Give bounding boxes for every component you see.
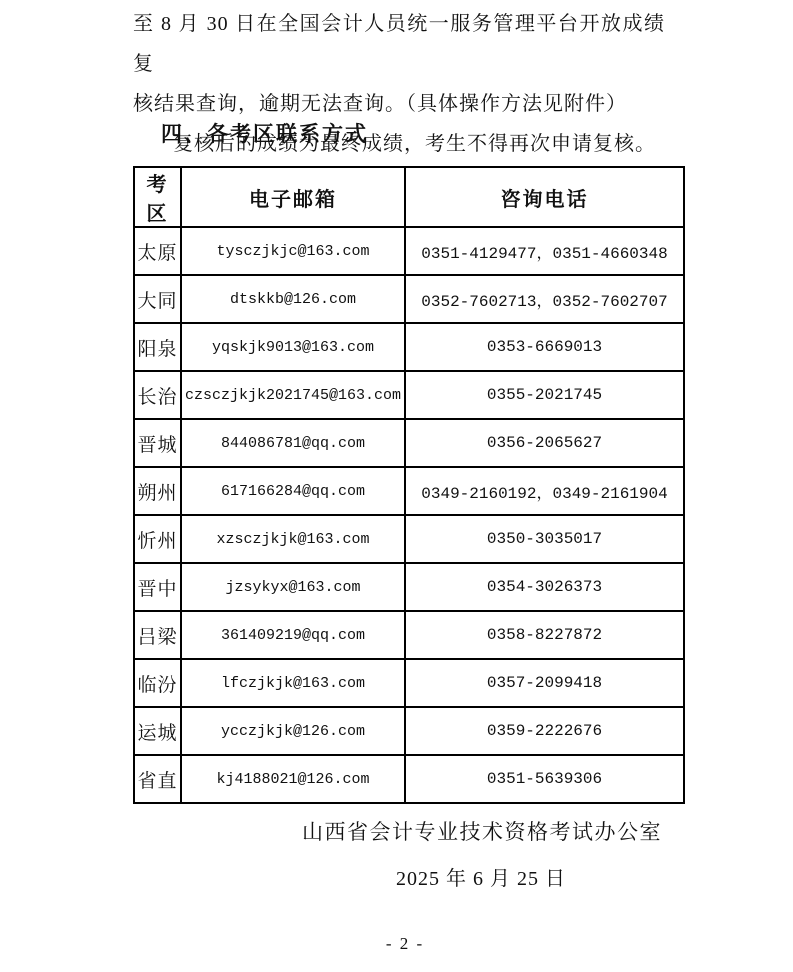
paragraph-line: 至 8 月 30 日在全国会计人员统一服务管理平台开放成绩复 [133,4,665,84]
district-cell: 太原 [134,227,181,275]
phone-cell: 0354-3026373 [405,563,684,611]
page-number: - 2 - [0,934,793,954]
email-cell: lfczjkjk@163.com [181,659,405,707]
phone-cell: 0356-2065627 [405,419,684,467]
email-cell: dtskkb@126.com [181,275,405,323]
email-cell: tysczjkjc@163.com [181,227,405,275]
document-page: 至 8 月 30 日在全国会计人员统一服务管理平台开放成绩复 核结果查询，逾期无… [0,0,793,972]
phone-cell: 0352-7602713，0352-7602707 [405,275,684,323]
phone-cell: 0349-2160192，0349-2161904 [405,467,684,515]
table-row: 晋城844086781@qq.com0356-2065627 [134,419,684,467]
email-cell: ycczjkjk@126.com [181,707,405,755]
table-row: 朔州617166284@qq.com0349-2160192，0349-2161… [134,467,684,515]
table-row: 运城ycczjkjk@126.com0359-2222676 [134,707,684,755]
phone-cell: 0355-2021745 [405,371,684,419]
table-row: 阳泉yqskjk9013@163.com0353-6669013 [134,323,684,371]
table-row: 太原tysczjkjc@163.com0351-4129477，0351-466… [134,227,684,275]
phone-cell: 0358-8227872 [405,611,684,659]
district-cell: 长治 [134,371,181,419]
column-header-district: 考区 [134,167,181,227]
district-cell: 运城 [134,707,181,755]
table-row: 大同dtskkb@126.com0352-7602713，0352-760270… [134,275,684,323]
column-header-email: 电子邮箱 [181,167,405,227]
district-cell: 晋城 [134,419,181,467]
district-cell: 省直 [134,755,181,803]
table-row: 临汾lfczjkjk@163.com0357-2099418 [134,659,684,707]
table-row: 省直kj4188021@126.com0351-5639306 [134,755,684,803]
table-row: 吕梁361409219@qq.com0358-8227872 [134,611,684,659]
email-cell: 361409219@qq.com [181,611,405,659]
district-cell: 大同 [134,275,181,323]
email-cell: 617166284@qq.com [181,467,405,515]
signature-line: 山西省会计专业技术资格考试办公室 [0,816,662,846]
phone-cell: 0350-3035017 [405,515,684,563]
table-body: 太原tysczjkjc@163.com0351-4129477，0351-466… [134,227,684,803]
email-cell: xzsczjkjk@163.com [181,515,405,563]
phone-cell: 0359-2222676 [405,707,684,755]
district-cell: 晋中 [134,563,181,611]
table-row: 晋中jzsykyx@163.com0354-3026373 [134,563,684,611]
email-cell: jzsykyx@163.com [181,563,405,611]
email-cell: kj4188021@126.com [181,755,405,803]
district-cell: 吕梁 [134,611,181,659]
column-header-phone: 咨询电话 [405,167,684,227]
district-cell: 临汾 [134,659,181,707]
phone-cell: 0357-2099418 [405,659,684,707]
table-row: 长治czsczjkjk2021745@163.com0355-2021745 [134,371,684,419]
district-cell: 朔州 [134,467,181,515]
email-cell: czsczjkjk2021745@163.com [181,371,405,419]
table-header-row: 考区 电子邮箱 咨询电话 [134,167,684,227]
phone-cell: 0351-4129477，0351-4660348 [405,227,684,275]
district-cell: 忻州 [134,515,181,563]
contact-table: 考区 电子邮箱 咨询电话 太原tysczjkjc@163.com0351-412… [133,166,685,804]
district-cell: 阳泉 [134,323,181,371]
phone-cell: 0351-5639306 [405,755,684,803]
email-cell: yqskjk9013@163.com [181,323,405,371]
email-cell: 844086781@qq.com [181,419,405,467]
table-row: 忻州xzsczjkjk@163.com0350-3035017 [134,515,684,563]
section-heading: 四、各考区联系方式 [133,118,665,148]
date-line: 2025 年 6 月 25 日 [169,862,793,891]
phone-cell: 0353-6669013 [405,323,684,371]
